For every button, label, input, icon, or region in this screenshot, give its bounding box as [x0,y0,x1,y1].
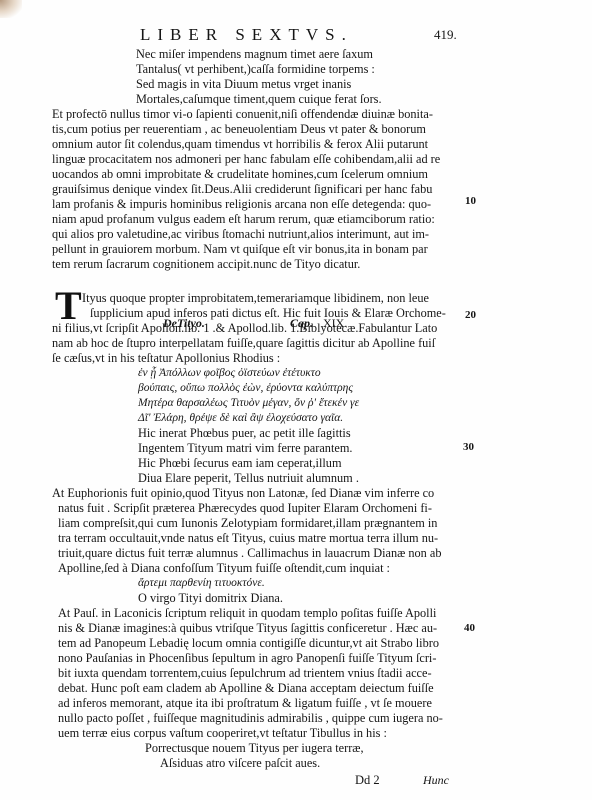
prose-line: tem ad Panopeum Lebadię locum omnia cont… [58,636,439,651]
line-number-margin: 40 [464,622,475,634]
verse-line: Mortales,caſumque timent,quem cuique fer… [136,92,382,107]
prose-line: triuit,quare dictus fuit terræ alumnus .… [58,546,442,561]
prose-line: Apolline,ſed à Diana confoſſum Tityum fu… [58,561,390,576]
prose-line: ni filius,vt ſcripſit Apollon.lib. 1 .& … [52,321,437,336]
verse-line: Aſsiduas atro viſcere paſcit aues. [160,756,320,771]
printer-signature-mark: Dd 2 [355,773,380,788]
line-number-margin: 20 [465,309,476,321]
page-edge-shadow [0,0,22,18]
verse-line: Hic Phœbi ſecurus eam iam ceperat,illum [138,456,342,471]
prose-line: pellunt in grauiorem morbum. Nam vt quiſ… [52,242,428,257]
verse-line: Nec miſer impendens magnum timet aere ſa… [136,47,373,62]
book-page: LIBER SEXTVS. 419. Nec miſer impendens m… [0,0,592,800]
prose-line: niam apud profanum vulgus eadem eſt haru… [52,212,435,227]
prose-line: Et profectō nullus timor vi-o ſapienti c… [52,107,433,122]
prose-line: nullo pacto poſſet , fuiſſeque magnitudi… [58,711,443,726]
prose-line: ſupplicium apud inferos pati dictus eſt.… [90,306,446,321]
drop-cap-letter: T [55,286,82,326]
prose-line: Ityus quoque propter improbitatem,temera… [82,291,429,306]
prose-line: uem terræ eius corpus vaſtum cooperiret,… [58,726,387,741]
page-number: 419. [434,27,457,43]
prose-line: omnium autor ſit colendus,quam timendus … [52,137,428,152]
prose-line: tra terram occultauit,vnde natus eſt Tit… [58,531,438,546]
greek-verse-line: βούπαις, οὔπω πολλὸς ἐὼν, ἐρύοντα καλύπτ… [138,381,353,396]
prose-line: nam ab hoc de ſtupro interpellatam fuiſſ… [52,336,435,351]
prose-line: ad inferos memorant, atque ita ibi proſt… [58,696,432,711]
running-head: LIBER SEXTVS. [140,25,470,45]
prose-line: liam compreſsit,qui cum Iunonis Zelotypi… [58,516,437,531]
prose-line: nis & Dianæ imagines:à quibus vtriſque T… [58,621,437,636]
prose-line: linguæ procacitatem nos admoneri per han… [52,152,440,167]
line-number-margin: 10 [465,195,476,207]
prose-line: At Euphorionis fuit opinio,quod Tityus n… [52,486,434,501]
prose-line: bit iuxta quendam torrentem,cuius ſepulc… [58,666,432,681]
prose-line: lam profanis & impuris hominibus religio… [52,197,431,212]
verse-line: O virgo Tityi domitrix Diana. [138,591,283,606]
prose-line: grauiſsimus denique vindex ſit.Deus.Alii… [52,182,432,197]
greek-verse-line: ἄρτεμι παρθενίη τιτυοκτόνε. [138,576,265,591]
verse-line: Porrectusque nouem Tityus per iugera ter… [145,741,364,756]
prose-line: debat. Hunc poſt eam cladem ab Apolline … [58,681,434,696]
verse-line: Tantalus( vt perhibent,)caſſa formidine … [136,62,375,77]
verse-line: Sed magis in vita Diuum metus vrget inan… [136,77,351,92]
prose-line: natus fuit . Scripſit præterea Phærecyde… [58,501,432,516]
prose-line: At Pauſ. in Laconicis ſcriptum reliquit … [58,606,436,621]
greek-verse-line: Δῖ' Ἐλάρη, θρέψε δὲ καὶ ἂψ ἐλοχεύσατο γα… [138,411,343,426]
prose-line: tis,cum potius per reuerentiam , ac bene… [52,122,426,137]
prose-line: tem rerum ſacrarum cognitionem accipit.n… [52,257,360,272]
prose-line: ſe cæſus,vt in his teſtatur Apollonius R… [52,351,280,366]
greek-verse-line: Μητέρα θαρσαλέως Τιτυὸν μέγαν, ὅν ῥ' ἔτε… [138,396,359,411]
verse-line: Hic inerat Phœbus puer, ac petit ille ſa… [138,426,351,441]
prose-line: uocandos ab omni improbitate & crudelita… [52,167,428,182]
greek-verse-line: ἐν ᾗ Ἀπόλλων φοῖβος ὀϊστεύων ἐτέτυκτο [138,366,321,381]
prose-line: nono Pauſanias in Phocenſibus ſepultum i… [58,651,436,666]
verse-line: Ingentem Tityum matri vim ferre parantem… [138,441,352,456]
prose-line: qui alios pro valetudine,ac viribus ſtom… [52,227,429,242]
catchword: Hunc [423,773,449,788]
line-number-margin: 30 [463,441,474,453]
verse-line: Diua Elare peperit, Tellus nutriuit alum… [138,471,359,486]
